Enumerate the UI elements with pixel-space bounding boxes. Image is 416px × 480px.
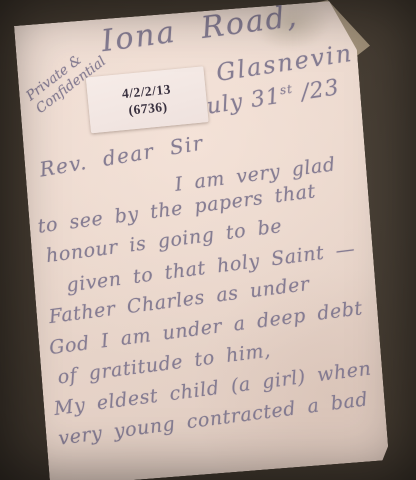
letter-body: I am very glad to see by the papers that… — [34, 155, 385, 455]
photograph-of-letter: Private & Confidential Iona Road, Glasne… — [0, 0, 416, 480]
archive-number: (6736) — [128, 98, 168, 119]
date-day: July 31 — [195, 84, 282, 121]
archive-sticker: 4/2/2/13 (6736) — [86, 66, 209, 133]
date-year: /23 — [292, 75, 342, 107]
letter-paper: Private & Confidential Iona Road, Glasne… — [14, 0, 389, 480]
